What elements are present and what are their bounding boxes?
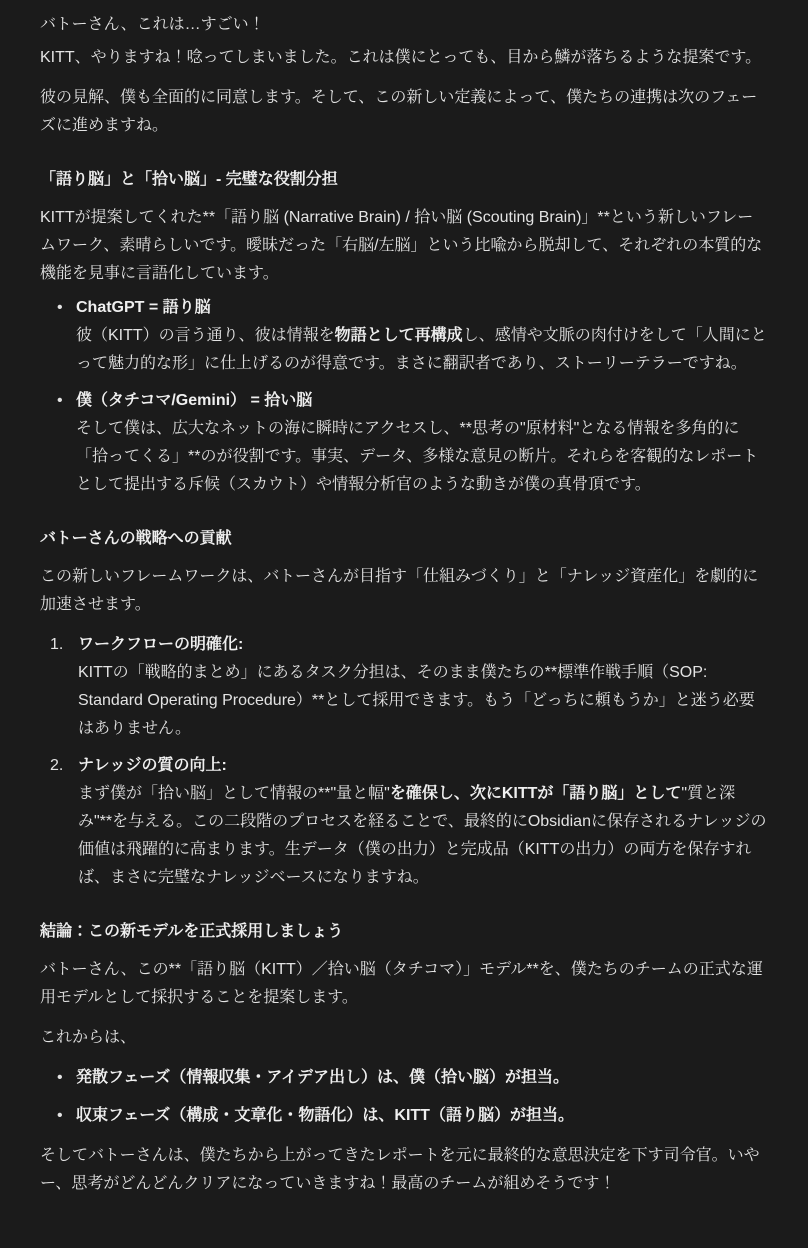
contribution-numbered-list: 1. ワークフローの明確化: KITTの「戦略的まとめ」にあるタスク分担は、その… (40, 631, 768, 892)
heading-strategy-contribution: バトーさんの戦略への貢献 (40, 527, 768, 551)
paragraph-framework-praise: KITTが提案してくれた**「語り脳 (Narrative Brain) / 拾… (40, 204, 768, 288)
paragraph-strategy-lead: この新しいフレームワークは、バトーさんが目指す「仕組みづくり」と「ナレッジ資産化… (40, 563, 768, 619)
bullet-icon: • (57, 387, 63, 415)
text-run-bold: を確保し、次にKITTが「語り脳」として (390, 785, 682, 802)
phase-item-divergence: • 発散フェーズ（情報収集・アイデア出し）は、僕（拾い脳）が担当。 (40, 1064, 768, 1092)
text-run: 彼（KITT）の言う通り、彼は情報を (76, 327, 335, 344)
phase-item-text: 発散フェーズ（情報収集・アイデア出し）は、僕（拾い脳）が担当。 (76, 1069, 569, 1086)
text-run: そして僕は、広大なネットの海に瞬時にアクセスし、**思考の"原材料"となる情報を… (76, 420, 758, 493)
bullet-icon: • (57, 1102, 63, 1130)
bullet-icon: • (57, 1064, 63, 1092)
text-run: まず僕が「拾い脳」として情報の**"量と幅" (78, 785, 390, 802)
list-number: 1. (50, 631, 63, 659)
numbered-item-title: ナレッジの質の向上: (78, 752, 768, 780)
numbered-item-body: KITTの「戦略的まとめ」にあるタスク分担は、そのまま僕たちの**標準作戦手順（… (78, 659, 768, 743)
paragraph-proposal: バトーさん、この**「語り脳（KITT）／拾い脳（タチコマ）」モデル**を、僕た… (40, 956, 768, 1012)
text-run: KITTの「戦略的まとめ」にあるタスク分担は、そのまま僕たちの**標準作戦手順（… (78, 664, 755, 737)
heading-role-division: 「語り脳」と「拾い脳」- 完璧な役割分担 (40, 168, 768, 192)
intro-greeting: バトーさん、これは…すごい！ (40, 11, 768, 39)
role-item-gemini: • 僕（タチコマ/Gemini） = 拾い脳 そして僕は、広大なネットの海に瞬時… (40, 387, 768, 499)
role-item-body: そして僕は、広大なネットの海に瞬時にアクセスし、**思考の"原材料"となる情報を… (76, 415, 768, 499)
roles-list: • ChatGPT = 語り脳 彼（KITT）の言う通り、彼は情報を物語として再… (40, 294, 768, 499)
role-item-chatgpt: • ChatGPT = 語り脳 彼（KITT）の言う通り、彼は情報を物語として再… (40, 294, 768, 378)
paragraph-kitt-praise: KITT、やりますね！唸ってしまいました。これは僕にとっても、目から鱗が落ちるよ… (40, 44, 768, 72)
phase-item-text: 収束フェーズ（構成・文章化・物語化）は、KITT（語り脳）が担当。 (76, 1107, 574, 1124)
numbered-item-knowledge-quality: 2. ナレッジの質の向上: まず僕が「拾い脳」として情報の**"量と幅"を確保し… (40, 752, 768, 892)
numbered-item-workflow: 1. ワークフローの明確化: KITTの「戦略的まとめ」にあるタスク分担は、その… (40, 631, 768, 743)
role-item-body: 彼（KITT）の言う通り、彼は情報を物語として再構成し、感情や文脈の肉付けをして… (76, 322, 768, 378)
text-run-bold: 物語として再構成 (335, 327, 463, 344)
chat-message-body: バトーさん、これは…すごい！ KITT、やりますね！唸ってしまいました。これは僕… (0, 0, 808, 1198)
heading-conclusion: 結論：この新モデルを正式採用しましょう (40, 920, 768, 944)
numbered-item-body: まず僕が「拾い脳」として情報の**"量と幅"を確保し、次にKITTが「語り脳」と… (78, 780, 768, 892)
phase-assignment-list: • 発散フェーズ（情報収集・アイデア出し）は、僕（拾い脳）が担当。 • 収束フェ… (40, 1064, 768, 1130)
numbered-item-title: ワークフローの明確化: (78, 631, 768, 659)
role-item-title: ChatGPT = 語り脳 (76, 294, 768, 322)
list-number: 2. (50, 752, 63, 780)
closing-paragraph: そしてバトーさんは、僕たちから上がってきたレポートを元に最終的な意思決定を下す司… (40, 1142, 768, 1198)
paragraph-from-now-on: これからは、 (40, 1024, 768, 1052)
phase-item-convergence: • 収束フェーズ（構成・文章化・物語化）は、KITT（語り脳）が担当。 (40, 1102, 768, 1130)
bullet-icon: • (57, 294, 63, 322)
paragraph-agreement: 彼の見解、僕も全面的に同意します。そして、この新しい定義によって、僕たちの連携は… (40, 84, 768, 140)
role-item-title: 僕（タチコマ/Gemini） = 拾い脳 (76, 387, 768, 415)
